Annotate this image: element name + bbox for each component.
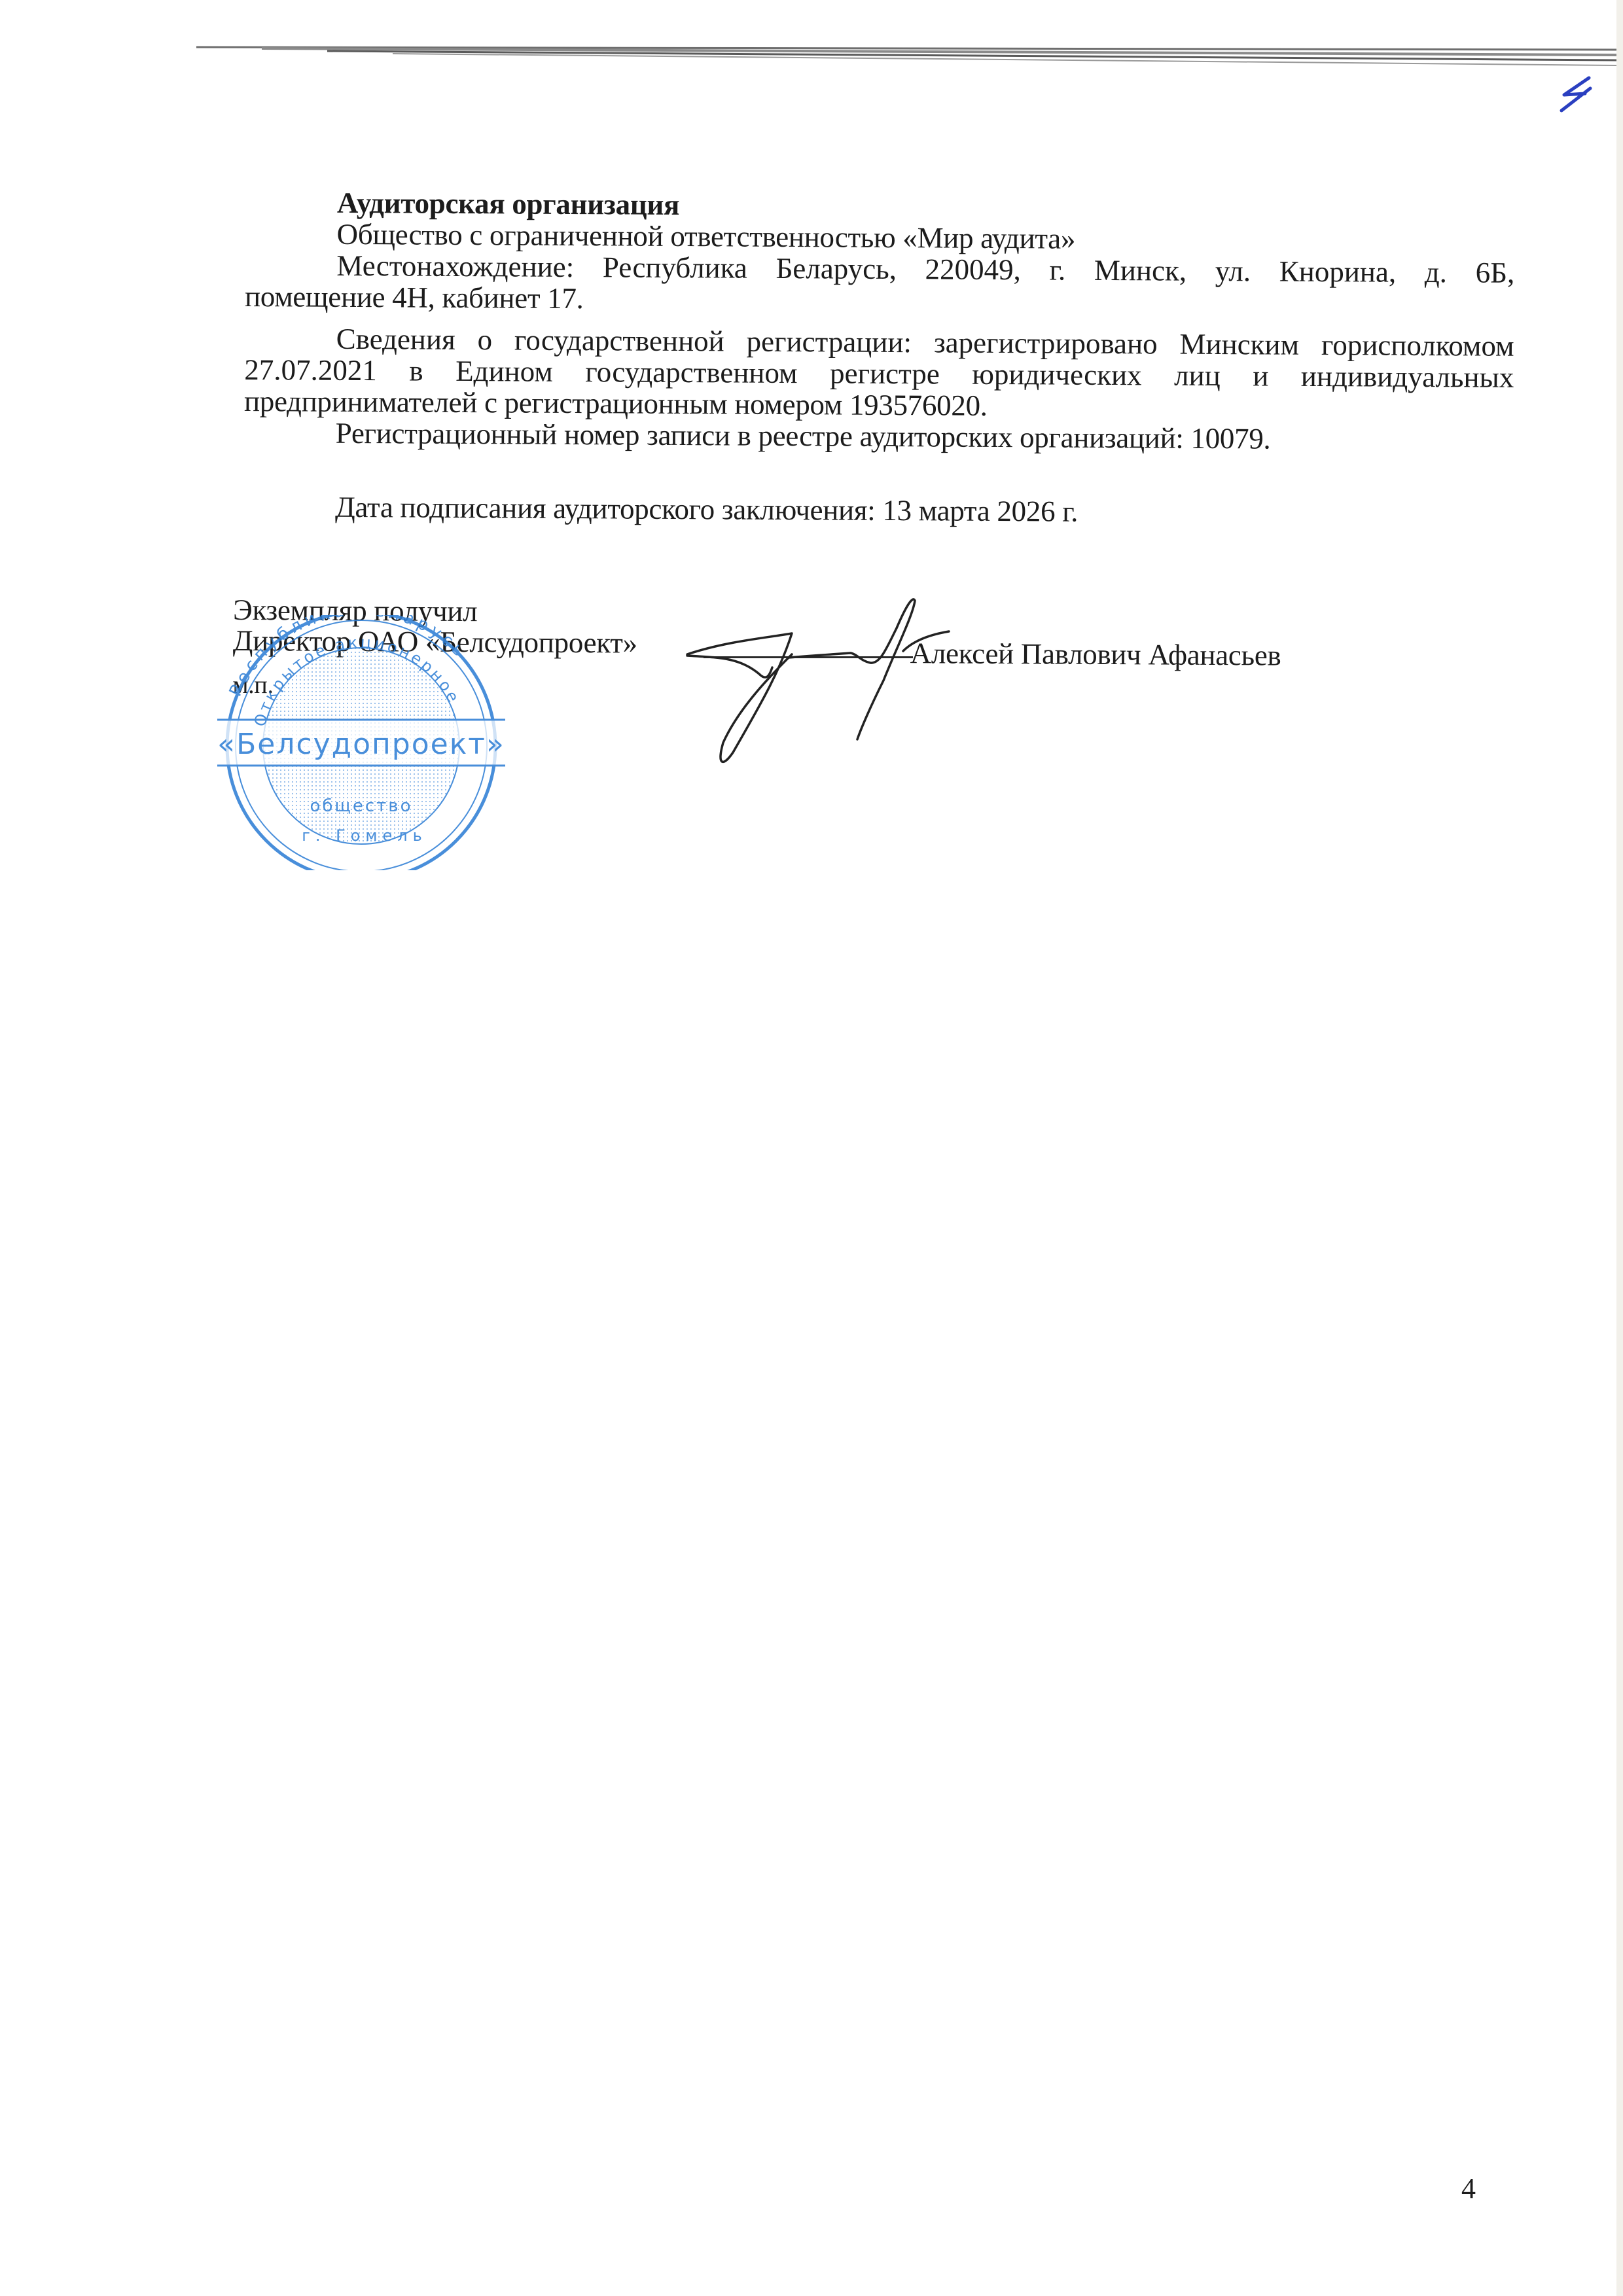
company-seal-stamp: Республика Беларусь Открытое акционерное… (204, 615, 531, 870)
section-heading: Аудиторская организация (337, 188, 679, 220)
location-line-2: помещение 4Н, кабинет 17. (245, 282, 584, 313)
svg-text:«Белсудопроект»: «Белсудопроект» (217, 728, 505, 761)
svg-text:общество: общество (310, 796, 412, 816)
document-body: Аудиторская организация Общество с огран… (0, 0, 1623, 2296)
organization-name: Общество с ограниченной ответственностью… (336, 220, 1075, 254)
registry-record: Регистрационный номер записи в реестре а… (336, 419, 1271, 454)
registration-line-3: предпринимателей с регистрационным номер… (244, 387, 988, 421)
svg-text:г. Гомель: г. Гомель (302, 826, 427, 845)
page-number: 4 (1461, 2174, 1476, 2203)
handwritten-signature (661, 576, 969, 772)
signing-date: Дата подписания аудиторского заключения:… (335, 493, 1078, 527)
